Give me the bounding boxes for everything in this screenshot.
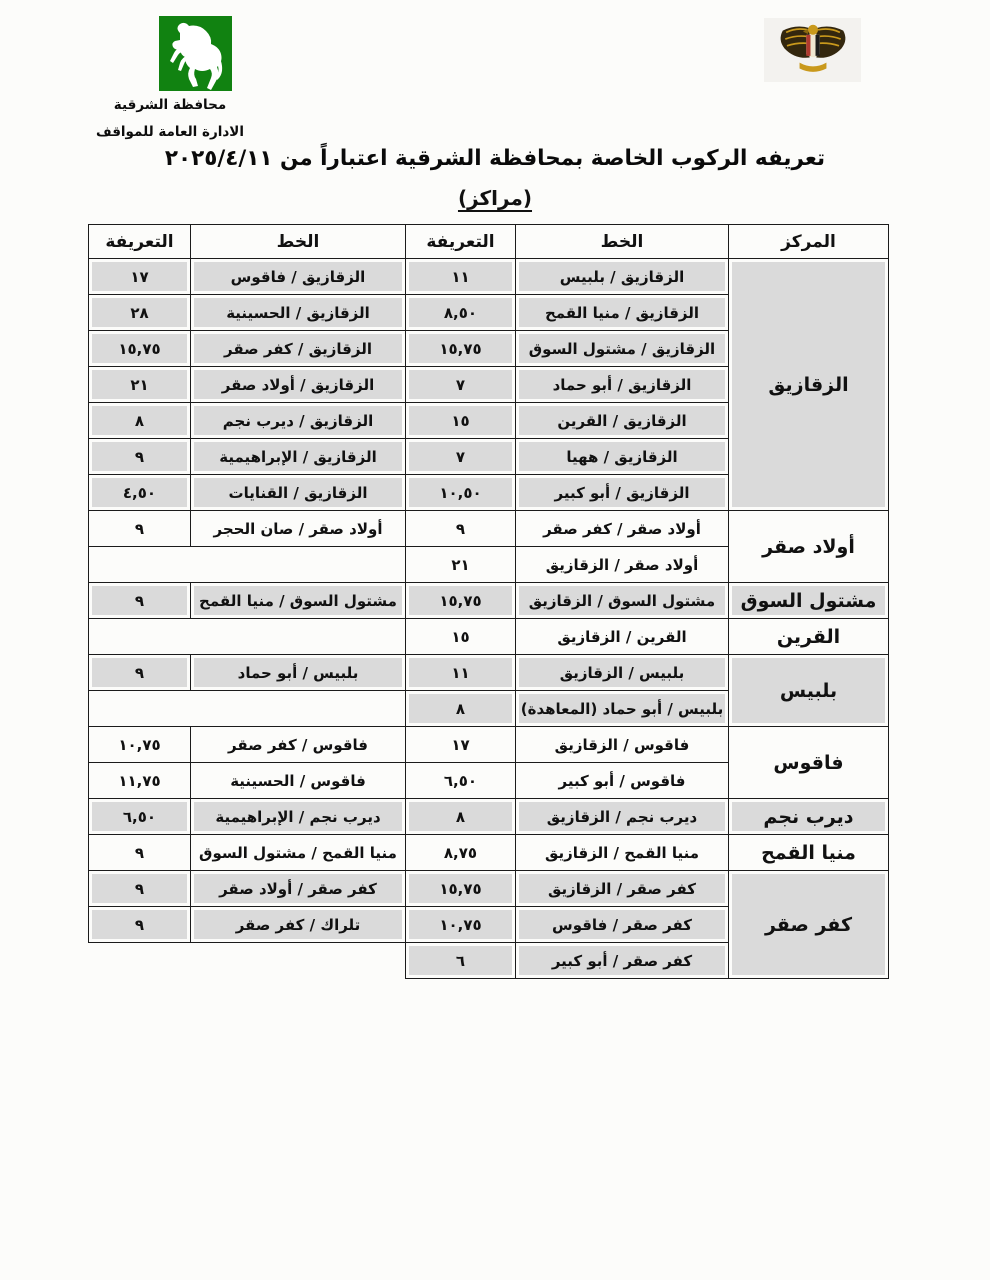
route-cell: مشتول السوق / منيا القمح <box>191 583 406 619</box>
fare-cell: ٨ <box>406 691 516 727</box>
route-cell: تلراك / كفر صقر <box>191 907 406 943</box>
header-fare-right: التعريفة <box>406 225 516 259</box>
fare-cell: ٧ <box>406 439 516 475</box>
route-cell: كفر صقر / الزقازيق <box>516 871 729 907</box>
fare-cell: ١٠,٥٠ <box>406 475 516 511</box>
route-cell: أولاد صقر / كفر صقر <box>516 511 729 547</box>
fare-cell: ٩ <box>89 835 191 871</box>
route-cell: منيا القمح / الزقازيق <box>516 835 729 871</box>
route-cell: بلبيس / أبو حماد <box>191 655 406 691</box>
fare-cell: ١٥,٧٥ <box>89 331 191 367</box>
route-cell: أولاد صقر / الزقازيق <box>516 547 729 583</box>
route-cell: الزقازيق / بلبيس <box>516 259 729 295</box>
fare-cell: ١٥,٧٥ <box>406 331 516 367</box>
fare-table: المركز الخط التعريفة الخط التعريفة الزقا… <box>88 224 889 979</box>
absent-cell <box>89 943 406 979</box>
table-header: المركز الخط التعريفة الخط التعريفة <box>89 225 889 259</box>
header-fare-left: التعريفة <box>89 225 191 259</box>
table-row: ديرب نجمديرب نجم / الزقازيق٨ديرب نجم / ا… <box>89 799 889 835</box>
empty-cell <box>89 619 406 655</box>
fare-cell: ٩ <box>89 439 191 475</box>
route-cell: الزقازيق / أبو حماد <box>516 367 729 403</box>
egypt-eagle-emblem <box>764 18 861 82</box>
route-cell: الزقازيق / ديرب نجم <box>191 403 406 439</box>
empty-cell <box>89 691 406 727</box>
fare-cell: ١٥ <box>406 619 516 655</box>
route-cell: الزقازيق / مشتول السوق <box>516 331 729 367</box>
document-page: { "header": { "org_line1": "محافظة الشرق… <box>0 0 990 1280</box>
fare-cell: ٤,٥٠ <box>89 475 191 511</box>
route-cell: كفر صقر / أبو كبير <box>516 943 729 979</box>
page-title: تعريفه الركوب الخاصة بمحافظة الشرقية اعت… <box>0 146 990 171</box>
org-block: محافظة الشرقية الادارة العامة للمواقف <box>60 92 280 146</box>
org-department: الادارة العامة للمواقف <box>60 119 280 146</box>
fare-cell: ٨,٥٠ <box>406 295 516 331</box>
table-row: أولاد صقرأولاد صقر / كفر صقر٩أولاد صقر /… <box>89 511 889 547</box>
route-cell: فاقوس / الحسينية <box>191 763 406 799</box>
route-cell: بلبيس / الزقازيق <box>516 655 729 691</box>
route-cell: الزقازيق / منيا القمح <box>516 295 729 331</box>
route-cell: الزقازيق / القرين <box>516 403 729 439</box>
route-cell: ديرب نجم / الإبراهيمية <box>191 799 406 835</box>
fare-cell: ٩ <box>89 655 191 691</box>
fare-cell: ٢٨ <box>89 295 191 331</box>
fare-cell: ١١ <box>406 259 516 295</box>
route-cell: الزقازيق / كفر صقر <box>191 331 406 367</box>
route-cell: كفر صقر / أولاد صقر <box>191 871 406 907</box>
route-cell: أولاد صقر / صان الحجر <box>191 511 406 547</box>
fare-cell: ١١ <box>406 655 516 691</box>
route-cell: الزقازيق / الحسينية <box>191 295 406 331</box>
fare-cell: ١٥,٧٥ <box>406 871 516 907</box>
header-center: المركز <box>729 225 889 259</box>
fare-cell: ٨,٧٥ <box>406 835 516 871</box>
table-row: كفر صقركفر صقر / الزقازيق١٥,٧٥كفر صقر / … <box>89 871 889 907</box>
route-cell: القرين / الزقازيق <box>516 619 729 655</box>
center-cell: القرين <box>729 619 889 655</box>
route-cell: بلبيس / أبو حماد (المعاهدة) <box>516 691 729 727</box>
route-cell: كفر صقر / فاقوس <box>516 907 729 943</box>
center-cell: أولاد صقر <box>729 511 889 583</box>
table-row: القرينالقرين / الزقازيق١٥ <box>89 619 889 655</box>
center-cell: مشتول السوق <box>729 583 889 619</box>
center-cell: منيا القمح <box>729 835 889 871</box>
fare-cell: ٩ <box>89 511 191 547</box>
center-cell: فاقوس <box>729 727 889 799</box>
fare-cell: ٨ <box>89 403 191 439</box>
sharqia-horse-logo <box>159 16 232 91</box>
header-row: المركز الخط التعريفة الخط التعريفة <box>89 225 889 259</box>
fare-cell: ٩ <box>89 871 191 907</box>
fare-cell: ٩ <box>406 511 516 547</box>
fare-cell: ٦ <box>406 943 516 979</box>
fare-table-wrap: المركز الخط التعريفة الخط التعريفة الزقا… <box>88 224 889 979</box>
fare-cell: ١٠,٧٥ <box>89 727 191 763</box>
table-row: فاقوسفاقوس / الزقازيق١٧فاقوس / كفر صقر١٠… <box>89 727 889 763</box>
fare-table-body: الزقازيقالزقازيق / بلبيس١١الزقازيق / فاق… <box>89 259 889 979</box>
fare-cell: ٧ <box>406 367 516 403</box>
center-cell: كفر صقر <box>729 871 889 979</box>
route-cell: فاقوس / كفر صقر <box>191 727 406 763</box>
fare-cell: ١٠,٧٥ <box>406 907 516 943</box>
center-cell: الزقازيق <box>729 259 889 511</box>
route-cell: الزقازيق / أولاد صقر <box>191 367 406 403</box>
route-cell: فاقوس / أبو كبير <box>516 763 729 799</box>
route-cell: ديرب نجم / الزقازيق <box>516 799 729 835</box>
fare-cell: ٨ <box>406 799 516 835</box>
center-cell: بلبيس <box>729 655 889 727</box>
table-row: منيا القمحمنيا القمح / الزقازيق٨,٧٥منيا … <box>89 835 889 871</box>
table-row: الزقازيقالزقازيق / بلبيس١١الزقازيق / فاق… <box>89 259 889 295</box>
table-row: مشتول السوقمشتول السوق / الزقازيق١٥,٧٥مش… <box>89 583 889 619</box>
fare-cell: ٦,٥٠ <box>89 799 191 835</box>
fare-cell: ٢١ <box>89 367 191 403</box>
fare-cell: ١٥ <box>406 403 516 439</box>
route-cell: الزقازيق / القنايات <box>191 475 406 511</box>
route-cell: الزقازيق / ههيا <box>516 439 729 475</box>
header-route-right: الخط <box>516 225 729 259</box>
org-name: محافظة الشرقية <box>60 92 280 119</box>
center-cell: ديرب نجم <box>729 799 889 835</box>
route-cell: فاقوس / الزقازيق <box>516 727 729 763</box>
fare-cell: ٩ <box>89 907 191 943</box>
fare-cell: ٩ <box>89 583 191 619</box>
fare-cell: ١٧ <box>89 259 191 295</box>
page-subtitle-text: (مراكز) <box>458 186 532 210</box>
header-route-left: الخط <box>191 225 406 259</box>
route-cell: الزقازيق / أبو كبير <box>516 475 729 511</box>
fare-cell: ١٥,٧٥ <box>406 583 516 619</box>
fare-cell: ١١,٧٥ <box>89 763 191 799</box>
fare-cell: ٦,٥٠ <box>406 763 516 799</box>
eagle-icon <box>771 22 855 78</box>
route-cell: مشتول السوق / الزقازيق <box>516 583 729 619</box>
table-row: بلبيسبلبيس / الزقازيق١١بلبيس / أبو حماد٩ <box>89 655 889 691</box>
horse-icon <box>159 16 232 91</box>
fare-cell: ٢١ <box>406 547 516 583</box>
page-subtitle: (مراكز) <box>0 186 990 210</box>
route-cell: الزقازيق / الإبراهيمية <box>191 439 406 475</box>
route-cell: منيا القمح / مشتول السوق <box>191 835 406 871</box>
fare-cell: ١٧ <box>406 727 516 763</box>
empty-cell <box>89 547 406 583</box>
route-cell: الزقازيق / فاقوس <box>191 259 406 295</box>
